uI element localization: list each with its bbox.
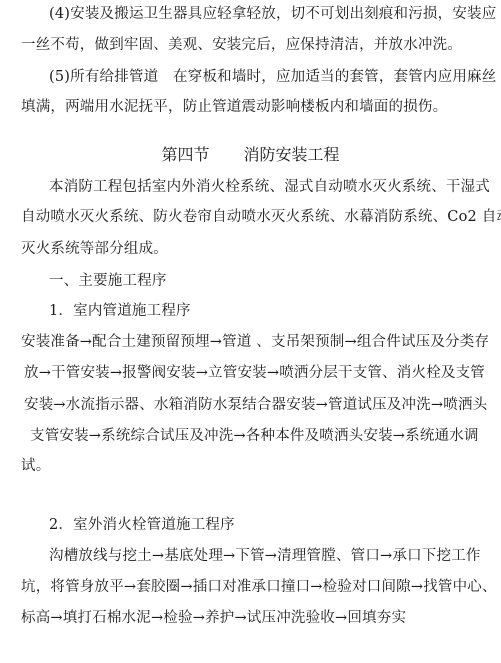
- item-1-line-5: 试。: [21, 456, 487, 476]
- section-title: 消防安装工程: [244, 145, 340, 164]
- section-heading: 第四节消防安装工程: [0, 144, 501, 166]
- intro-line-1: 本消防工程包括室内外消火栓系统、湿式自动喷水灭火系统、干湿式: [49, 177, 487, 197]
- item-1-line-1: 安装准备→配合土建预留预埋→管道 、支吊架预制→组合件试压及分类存: [21, 332, 487, 352]
- paragraph-4-line-1: (4)安装及搬运卫生器具应轻拿轻放，切不可划出刻痕和污损，安装应: [49, 4, 487, 24]
- paragraph-5-line-2: 填满，两端用水泥抚平，防止管道震动影响楼板内和墙面的损伤。: [21, 97, 487, 117]
- item-1-title: 1．室内管道施工程序: [49, 301, 487, 321]
- intro-line-2: 自动喷水灭火系统、防火卷帘自动喷水灭火系统、水幕消防系统、Co2 自动: [21, 207, 487, 227]
- item-2-line-2: 坑，将管身放平→套胶圈→插口对准承口撞口→检验对口间隙→找管中心、: [21, 577, 487, 597]
- item-1-line-3: 安装→水流指示器、水箱消防水泵结合器安装→管道试压及冲洗→喷洒头: [24, 395, 487, 415]
- item-1-line-4: 支管安装→系统综合试压及冲洗→各种本件及喷洒头安装→系统通水调: [30, 426, 487, 446]
- item-2-title: 2．室外消火栓管道施工程序: [49, 515, 487, 535]
- section-number: 第四节: [161, 145, 209, 164]
- paragraph-5-line-1: (5)所有给排管道 在穿板和墙时，应加适当的套管，套管内应用麻丝: [49, 67, 487, 87]
- item-2-line-3: 标高→填打石棉水泥→检验→养护→试压冲洗验收→回填夯实: [21, 608, 487, 628]
- paragraph-4-line-2: 一丝不苟，做到牢固、美观、安装完后，应保持清洁，并放水冲洗。: [21, 35, 487, 55]
- subsection-title: 一、主要施工程序: [49, 271, 487, 291]
- item-2-line-1: 沟槽放线与挖土→基底处理→下管→清理管膛、管口→承口下挖工作: [49, 546, 487, 566]
- intro-line-3: 灭火系统等部分组成。: [21, 239, 487, 259]
- item-1-line-2: 放→干管安装→报警阀安装→立管安装→喷洒分层干支管、消火栓及支管: [24, 363, 487, 383]
